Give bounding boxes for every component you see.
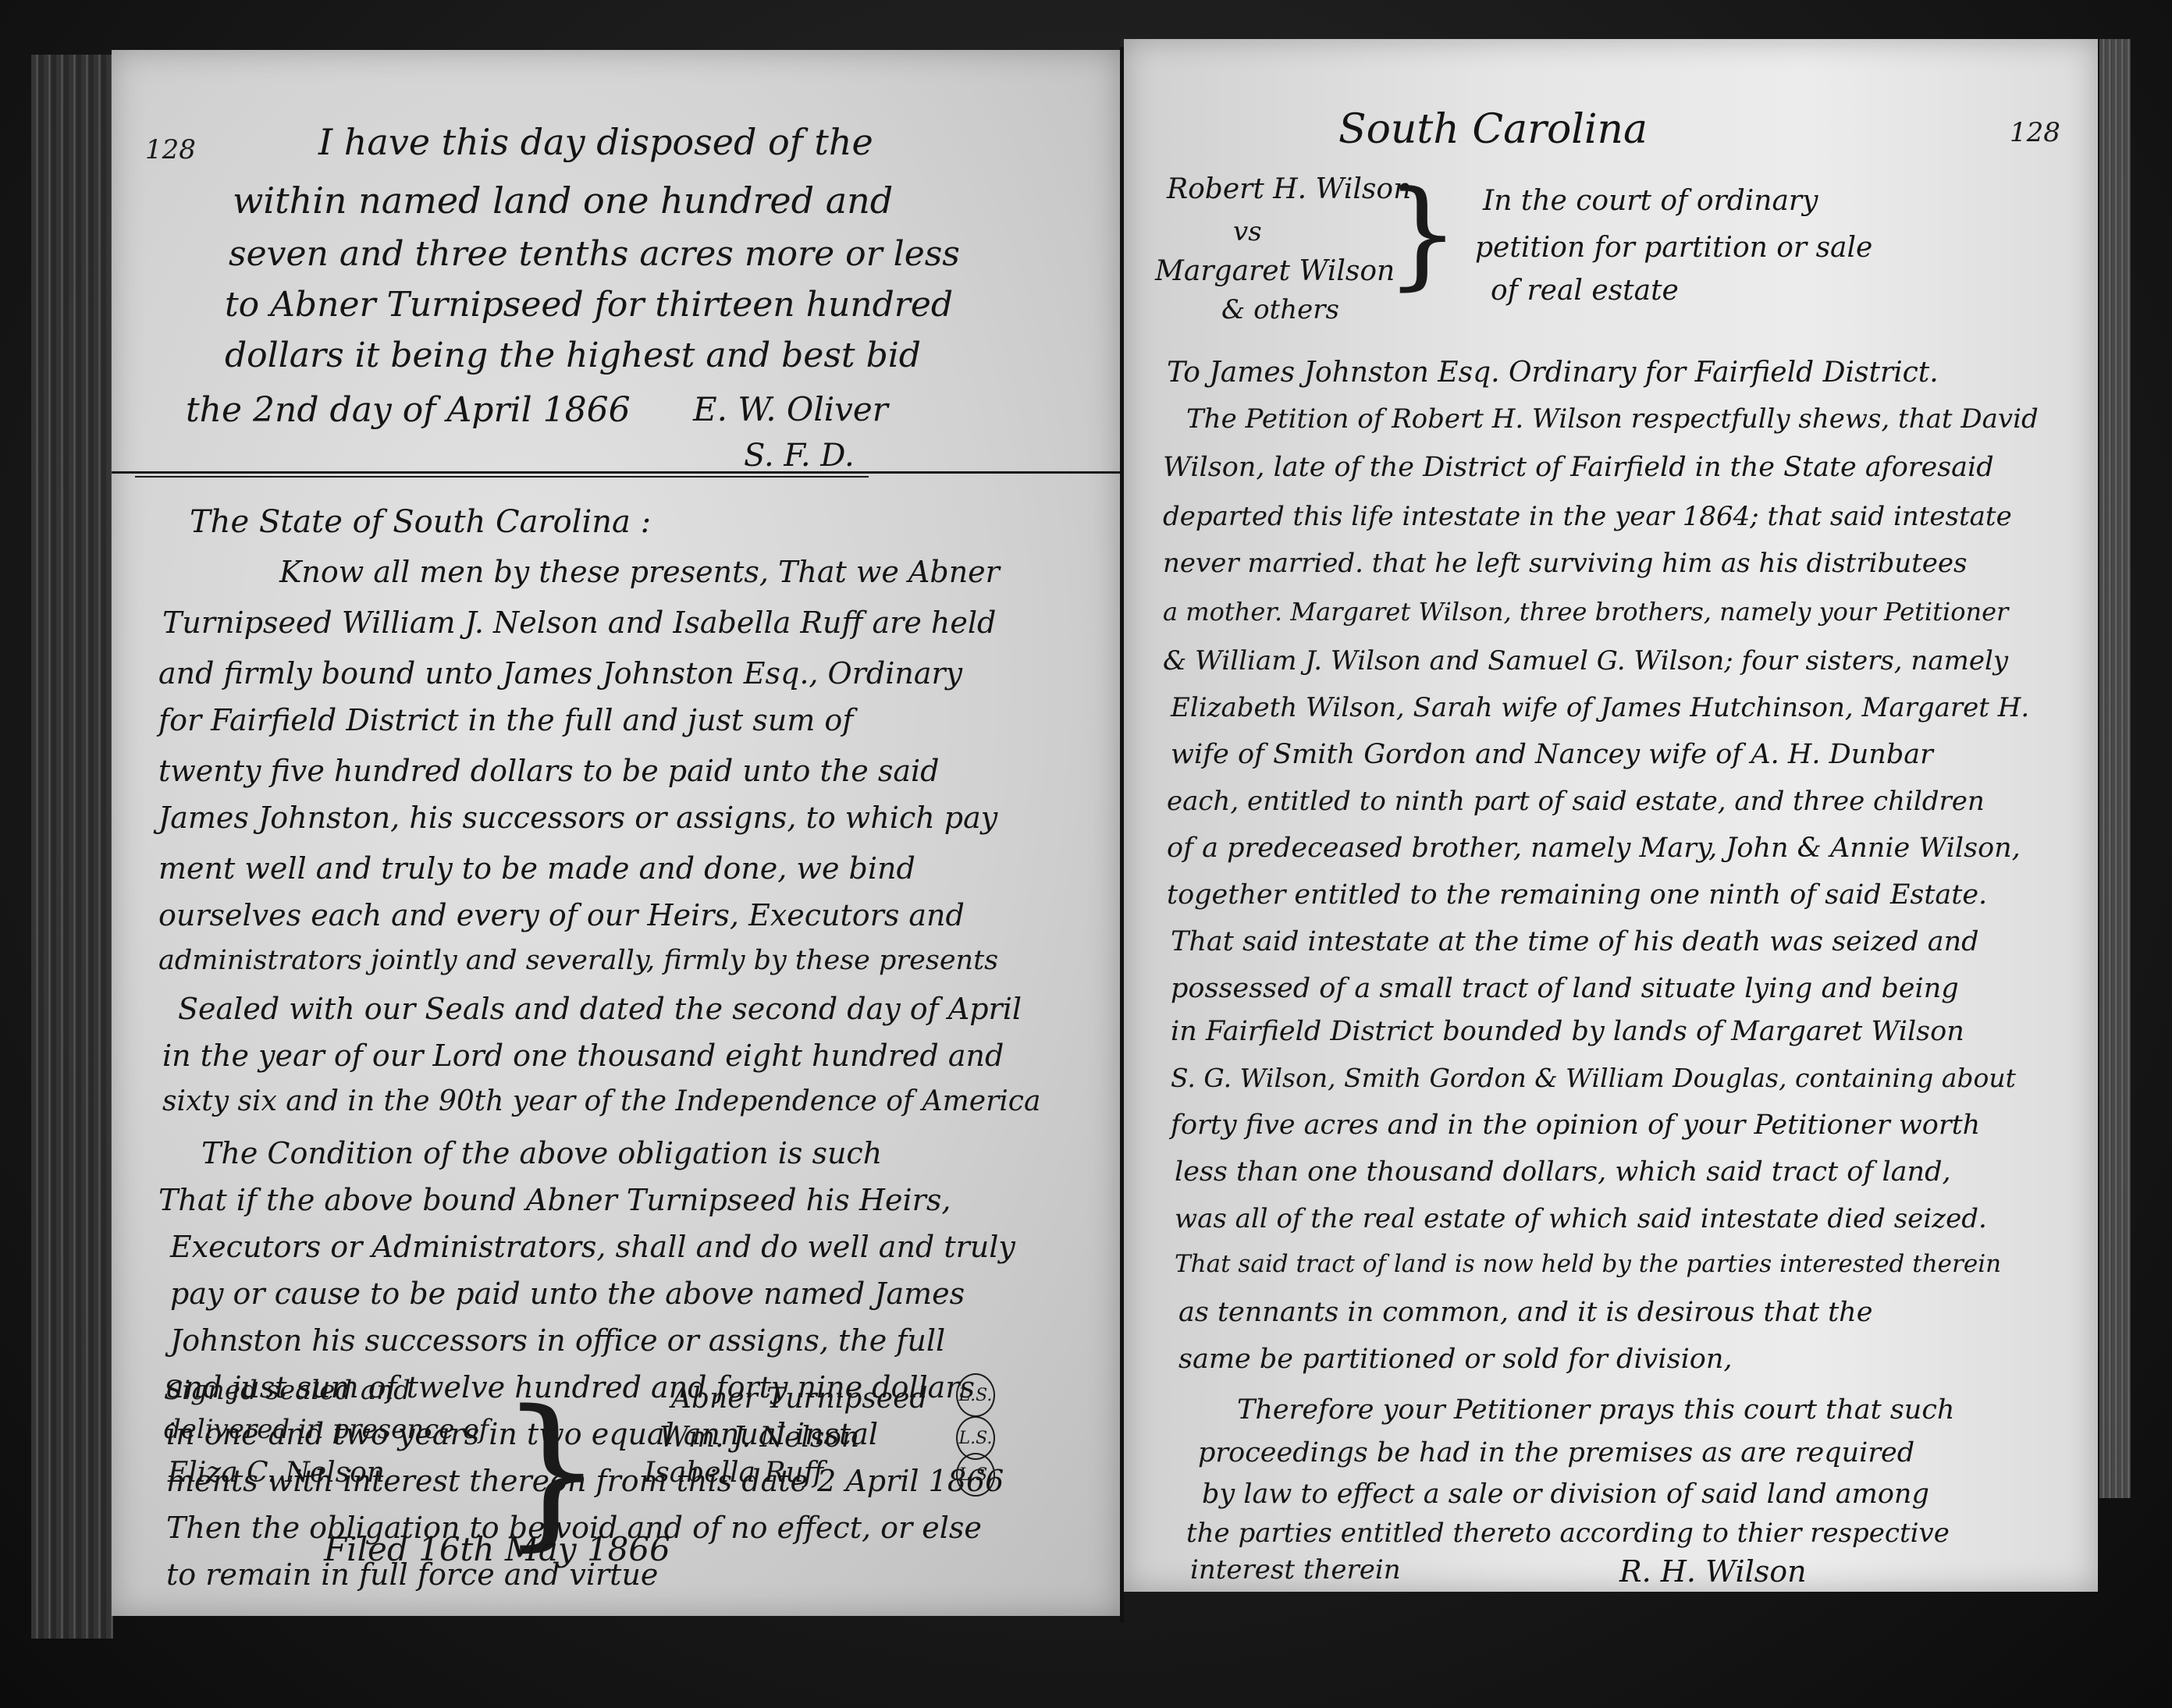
sale-note-line: to Abner Turnipseed for thirteen hundred: [225, 288, 953, 322]
signatory-name: Wm. J. Nelson: [659, 1424, 859, 1452]
petition-line: by law to effect a sale or division of s…: [1202, 1481, 1929, 1508]
petition-line: Therefore your Petitioner prays this cou…: [1237, 1397, 1954, 1424]
defendant-name: Margaret Wilson: [1155, 257, 1395, 286]
petition-line: together entitled to the remaining one n…: [1167, 882, 1987, 909]
petition-line: Elizabeth Wilson, Sarah wife of James Hu…: [1171, 694, 2029, 721]
sale-note-signature: E. W. Oliver: [693, 393, 888, 426]
petition-line: in Fairfield District bounded by lands o…: [1171, 1018, 1964, 1046]
petition-line: That said tract of land is now held by t…: [1175, 1252, 2001, 1277]
bond-line: twenty five hundred dollars to be paid u…: [158, 756, 939, 786]
petition-line: never married. that he left surviving hi…: [1163, 550, 1967, 577]
sale-note-line: I have this day disposed of the: [318, 124, 873, 160]
court-line: of real estate: [1491, 277, 1679, 305]
book-gutter: [1120, 47, 1124, 1623]
filed-date: Filed 16th May 1866: [324, 1533, 670, 1566]
witness-line: Signed sealed and: [164, 1377, 411, 1404]
petition-line: Wilson, late of the District of Fairfiel…: [1163, 454, 1994, 481]
petition-line: That said intestate at the time of his d…: [1171, 929, 1979, 956]
bond-line: Know all men by these presents, That we …: [279, 557, 1000, 587]
sale-note-line: seven and three tenths acres more or les…: [229, 237, 960, 272]
signatory-name: Abner Turnipseed: [671, 1385, 927, 1413]
bond-line: sixty six and in the 90th year of the In…: [162, 1088, 1040, 1116]
petition-line: a mother. Margaret Wilson, three brother…: [1163, 599, 2008, 624]
bond-line: pay or cause to be paid unto the above n…: [170, 1279, 965, 1309]
petition-line: less than one thousand dollars, which sa…: [1175, 1159, 1951, 1186]
bond-line: James Johnston, his successors or assign…: [158, 803, 997, 833]
seal-icon: L.S.: [956, 1453, 995, 1497]
witness-line: delivered in presence of: [164, 1416, 489, 1443]
petitioner-signature: R. H. Wilson: [1619, 1557, 1807, 1586]
bond-line: Johnston his successors in office or ass…: [170, 1326, 945, 1355]
petition-line: each, entitled to ninth part of said est…: [1167, 788, 1985, 815]
plaintiff-name: Robert H. Wilson: [1167, 176, 1411, 204]
right-page-edges: [2099, 39, 2131, 1498]
sale-note-line: the 2nd day of April 1866: [186, 393, 631, 428]
defendant-others: & others: [1221, 297, 1339, 323]
state-heading: South Carolina: [1338, 109, 1648, 150]
bond-line: Turnipseed William J. Nelson and Isabell…: [162, 608, 996, 637]
divider-rule: [112, 471, 1120, 474]
bond-line: That if the above bound Abner Turnipseed…: [158, 1185, 951, 1215]
petition-line: & William J. Wilson and Samuel G. Wilson…: [1163, 648, 2008, 674]
bond-heading: The State of South Carolina :: [190, 506, 651, 538]
bond-line: Sealed with our Seals and dated the seco…: [178, 994, 1022, 1024]
petition-line: The Petition of Robert H. Wilson respect…: [1186, 406, 2039, 432]
petition-line: interest therein: [1190, 1557, 1401, 1583]
court-line: In the court of ordinary: [1483, 187, 1818, 215]
bond-line: The Condition of the above obligation is…: [201, 1138, 882, 1168]
petition-line: possessed of a small tract of land situa…: [1171, 975, 1959, 1003]
petition-line: proceedings be had in the premises as ar…: [1198, 1440, 1914, 1467]
left-page-edges: [31, 55, 113, 1639]
petition-line: forty five acres and in the opinion of y…: [1171, 1112, 1980, 1139]
bond-line: and firmly bound unto James Johnston Esq…: [158, 659, 962, 688]
petition-line: as tennants in common, and it is desirou…: [1178, 1299, 1872, 1326]
caption-brace: }: [1385, 176, 1459, 293]
sale-note-signature-title: S. F. D.: [744, 440, 855, 471]
petition-address: To James Johnston Esq. Ordinary for Fair…: [1167, 359, 1939, 387]
bond-line: for Fairfield District in the full and j…: [158, 705, 853, 735]
left-page-number: 128: [145, 134, 196, 165]
signature-brace: }: [499, 1389, 604, 1553]
bond-line: ourselves each and every of our Heirs, E…: [158, 900, 965, 930]
petition-line: departed this life intestate in the year…: [1163, 503, 2012, 530]
bond-line: administrators jointly and severally, fi…: [158, 947, 998, 975]
right-page: 128 South Carolina Robert H. Wilson vs M…: [1124, 39, 2098, 1592]
petition-line: was all of the real estate of which said…: [1175, 1206, 1987, 1232]
seal-icon: L.S.: [956, 1373, 995, 1417]
bond-line: ment well and truly to be made and done,…: [158, 854, 915, 883]
sale-note-line: within named land one hundred and: [233, 183, 893, 218]
petition-line: the parties entitled thereto according t…: [1186, 1520, 1950, 1546]
versus-label: vs: [1233, 218, 1262, 245]
bond-line: in the year of our Lord one thousand eig…: [162, 1041, 1004, 1071]
divider-rule-secondary: [135, 476, 869, 478]
petition-line: of a predeceased brother, namely Mary, J…: [1167, 835, 2021, 862]
petition-line: wife of Smith Gordon and Nancey wife of …: [1171, 741, 1933, 769]
bond-line: Executors or Administrators, shall and d…: [170, 1232, 1015, 1262]
signatory-name: Isabella Ruff: [644, 1459, 823, 1487]
court-line: petition for partition or sale: [1475, 234, 1872, 262]
petition-line: S. G. Wilson, Smith Gordon & William Dou…: [1171, 1065, 2016, 1091]
petition-line: same be partitioned or sold for division…: [1178, 1346, 1733, 1373]
witness-name: Eliza C. Nelson: [168, 1459, 385, 1487]
sale-note-line: dollars it being the highest and best bi…: [225, 339, 921, 373]
right-page-number: 128: [2010, 117, 2060, 148]
